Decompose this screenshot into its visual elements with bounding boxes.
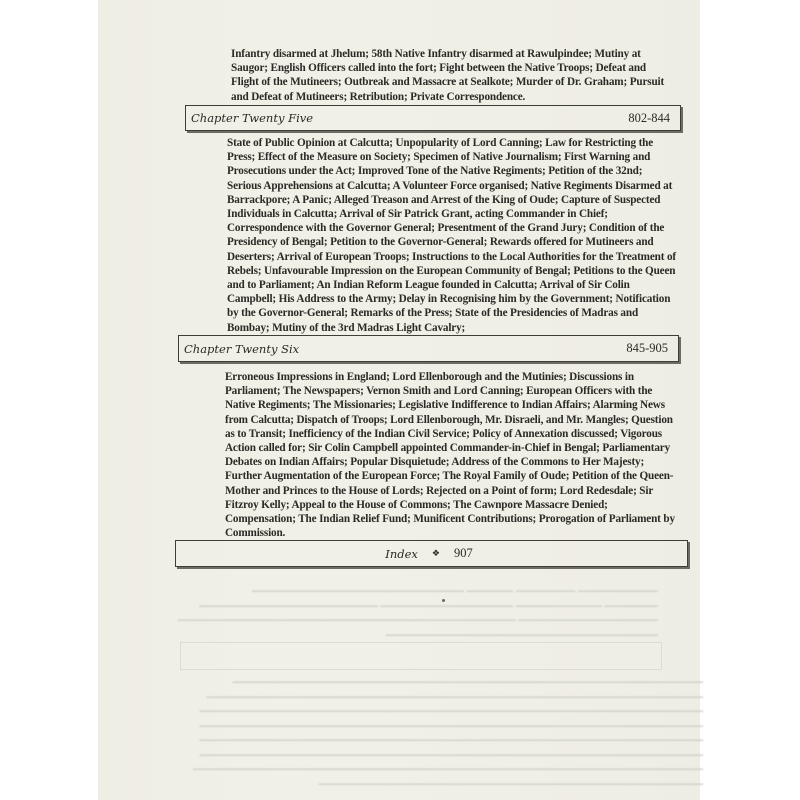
diamond-ornament-icon: ❖ <box>432 548 440 559</box>
index-label: Index <box>385 547 418 561</box>
previous-chapter-summary: Infantry disarmed at Jhelum; 58th Native… <box>231 47 667 104</box>
show-through-text: ━━━━━━━━━━━━ ━━━━━━━━━ ━━━━━━━ ━━━━━━━━━… <box>178 585 658 643</box>
chapter-heading-box: Chapter Twenty Six 845-905 <box>178 335 679 362</box>
chapter-summary: Erroneous Impressions in England; Lord E… <box>225 370 681 540</box>
paper-speck <box>442 599 445 602</box>
chapter-page-range: 845-905 <box>626 341 668 356</box>
show-through-box <box>180 642 662 670</box>
chapter-heading-box: Chapter Twenty Five 802-844 <box>185 105 681 131</box>
show-through-text: ━━━━━━━━━━━━━━━━━━━━━━━━━━━━━━━━━━━━━━━━… <box>193 676 703 792</box>
book-page: ━━━━━━━━━━━━ ━━━━━━━━━ ━━━━━━━ ━━━━━━━━━… <box>98 0 700 800</box>
chapter-title: Chapter Twenty Five <box>191 111 313 125</box>
chapter-page-range: 802-844 <box>628 111 670 126</box>
index-page-number: 907 <box>454 546 473 561</box>
chapter-summary: State of Public Opinion at Calcutta; Unp… <box>227 136 677 335</box>
index-heading-box: Index ❖ 907 <box>175 540 688 567</box>
chapter-title: Chapter Twenty Six <box>184 342 299 356</box>
